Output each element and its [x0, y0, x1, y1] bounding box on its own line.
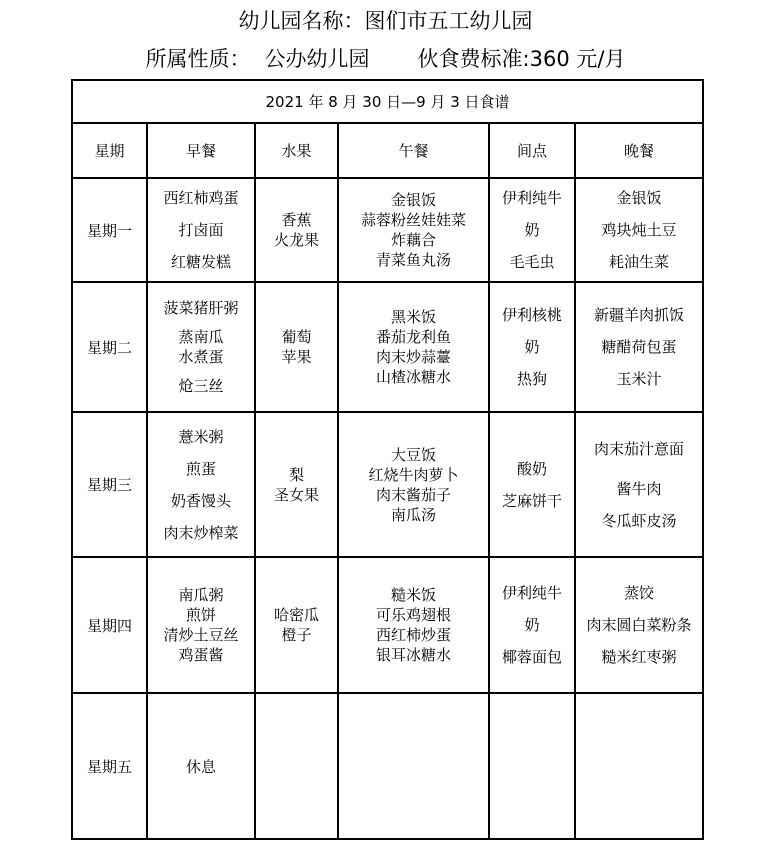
dish: 耗油生菜: [576, 246, 702, 278]
lunch-cell: 金银饭 蒜蓉粉丝娃娃菜 炸藕合 青菜鱼丸汤: [338, 178, 489, 282]
breakfast-cell: 南瓜粥 煎饼 清炒土豆丝 鸡蛋酱: [147, 557, 255, 693]
dish: 肉末炒蒜薹: [339, 347, 488, 367]
snack-cell: 酸奶 芝麻饼干: [489, 412, 575, 557]
snack: 酸奶: [490, 453, 574, 485]
dish: 菠菜猪肝粥: [148, 295, 254, 321]
snack: 伊利核桃: [490, 299, 574, 331]
dish: 糖醋荷包蛋: [576, 331, 702, 363]
snack-cell: 伊利核桃 奶 热狗: [489, 282, 575, 412]
day-cell: 星期四: [72, 557, 147, 693]
snack-cell: [489, 693, 575, 839]
day-cell: 星期二: [72, 282, 147, 412]
dish: 肉末酱茄子: [339, 485, 488, 505]
dish: 肉末茄汁意面: [576, 433, 702, 465]
table-row: 星期五 休息: [72, 693, 703, 839]
dish: 南瓜汤: [339, 505, 488, 525]
snack-cell: 伊利纯牛 奶 椰蓉面包: [489, 557, 575, 693]
dish: 西红柿炒蛋: [339, 625, 488, 645]
dish: 南瓜粥: [148, 585, 254, 605]
table-row: 星期三 薏米粥 煎蛋 奶香馒头 肉末炒榨菜 梨 圣女果 大豆饭 红烧牛肉萝卜 肉…: [72, 412, 703, 557]
column-header-lunch: 午餐: [338, 123, 489, 178]
lunch-cell: 黑米饭 番茄龙利鱼 肉末炒蒜薹 山楂冰糖水: [338, 282, 489, 412]
fruit: 火龙果: [256, 230, 337, 250]
snack-cell: 伊利纯牛 奶 毛毛虫: [489, 178, 575, 282]
dish: 银耳冰糖水: [339, 645, 488, 665]
dinner-cell: 蒸饺 肉末圆白菜粉条 糙米红枣粥: [575, 557, 703, 693]
dish: 糙米红枣粥: [576, 641, 702, 673]
snack: 奶: [490, 214, 574, 246]
dish: 清炒土豆丝: [148, 625, 254, 645]
lunch-cell: 糙米饭 可乐鸡翅根 西红柿炒蛋 银耳冰糖水: [338, 557, 489, 693]
dish: 大豆饭: [339, 445, 488, 465]
menu-date-range: 2021 年 8 月 30 日—9 月 3 日食谱: [72, 80, 703, 123]
snack: 伊利纯牛: [490, 577, 574, 609]
dish: 炝三丝: [148, 373, 254, 399]
column-header-day: 星期: [72, 123, 147, 178]
dish: 青菜鱼丸汤: [339, 250, 488, 270]
dish: 鸡蛋酱: [148, 645, 254, 665]
dish: 金银饭: [339, 190, 488, 210]
column-header-dinner: 晚餐: [575, 123, 703, 178]
lunch-cell: 大豆饭 红烧牛肉萝卜 肉末酱茄子 南瓜汤: [338, 412, 489, 557]
dish: 水煮蛋: [148, 347, 254, 367]
kindergarten-name: 幼儿园名称：图们市五工幼儿园: [0, 6, 771, 36]
fruit: 苹果: [256, 347, 337, 367]
fruit-cell: 葡萄 苹果: [255, 282, 338, 412]
dish: 蒸南瓜: [148, 327, 254, 347]
column-header-breakfast: 早餐: [147, 123, 255, 178]
snack: 毛毛虫: [490, 246, 574, 278]
breakfast-cell: 西红柿鸡蛋 打卤面 红糖发糕: [147, 178, 255, 282]
nature-value: 公办幼儿园: [265, 47, 370, 71]
fruit-cell: [255, 693, 338, 839]
snack: 芝麻饼干: [490, 485, 574, 517]
fruit: 橙子: [256, 625, 337, 645]
dish: 西红柿鸡蛋: [148, 182, 254, 214]
dish: 煎蛋: [148, 453, 254, 485]
dinner-cell: 肉末茄汁意面 酱牛肉 冬瓜虾皮汤: [575, 412, 703, 557]
snack: 奶: [490, 609, 574, 641]
dish: 肉末圆白菜粉条: [576, 609, 702, 641]
day-cell: 星期一: [72, 178, 147, 282]
fruit-cell: 香蕉 火龙果: [255, 178, 338, 282]
dish: 蒸饺: [576, 577, 702, 609]
dish: 蒜蓉粉丝娃娃菜: [339, 210, 488, 230]
fruit-cell: 哈密瓜 橙子: [255, 557, 338, 693]
table-row: 星期一 西红柿鸡蛋 打卤面 红糖发糕 香蕉 火龙果 金银饭 蒜蓉粉丝娃娃菜 炸藕…: [72, 178, 703, 282]
day-cell: 星期五: [72, 693, 147, 839]
kindergarten-info: 所属性质：公办幼儿园伙食费标准:360 元/月: [0, 44, 771, 74]
dish: 可乐鸡翅根: [339, 605, 488, 625]
column-header-fruit: 水果: [255, 123, 338, 178]
table-row: 星期四 南瓜粥 煎饼 清炒土豆丝 鸡蛋酱 哈密瓜 橙子 糙米饭 可乐鸡翅根 西红…: [72, 557, 703, 693]
column-header-snack: 间点: [489, 123, 575, 178]
fruit-cell: 梨 圣女果: [255, 412, 338, 557]
dish: 肉末炒榨菜: [148, 517, 254, 549]
fruit: 圣女果: [256, 485, 337, 505]
dish: 山楂冰糖水: [339, 367, 488, 387]
dish: 冬瓜虾皮汤: [576, 505, 702, 537]
dish: 薏米粥: [148, 421, 254, 453]
snack: 椰蓉面包: [490, 641, 574, 673]
snack: 伊利纯牛: [490, 182, 574, 214]
weekly-menu-table: 2021 年 8 月 30 日—9 月 3 日食谱 星期 早餐 水果 午餐 间点…: [71, 79, 704, 840]
dish: 糙米饭: [339, 585, 488, 605]
table-caption-row: 2021 年 8 月 30 日—9 月 3 日食谱: [72, 80, 703, 123]
fruit: 葡萄: [256, 327, 337, 347]
dish: 红糖发糕: [148, 246, 254, 278]
fruit: 香蕉: [256, 210, 337, 230]
table-header-row: 星期 早餐 水果 午餐 间点 晚餐: [72, 123, 703, 178]
dish: 打卤面: [148, 214, 254, 246]
snack: 奶: [490, 331, 574, 363]
table-row: 星期二 菠菜猪肝粥 蒸南瓜 水煮蛋 炝三丝 葡萄 苹果 黑米饭 番茄龙利鱼 肉末…: [72, 282, 703, 412]
dish: 玉米汁: [576, 363, 702, 395]
dish: 金银饭: [576, 182, 702, 214]
dish: 煎饼: [148, 605, 254, 625]
dish: 酱牛肉: [576, 473, 702, 505]
dish: 休息: [148, 756, 254, 777]
dish: 鸡块炖土豆: [576, 214, 702, 246]
fruit: 梨: [256, 465, 337, 485]
dish: 黑米饭: [339, 307, 488, 327]
dish: 新疆羊肉抓饭: [576, 299, 702, 331]
breakfast-cell: 菠菜猪肝粥 蒸南瓜 水煮蛋 炝三丝: [147, 282, 255, 412]
meal-fee-standard: 伙食费标准:360 元/月: [418, 47, 626, 71]
dinner-cell: 金银饭 鸡块炖土豆 耗油生菜: [575, 178, 703, 282]
dinner-cell: [575, 693, 703, 839]
nature-label: 所属性质：: [146, 47, 251, 71]
breakfast-cell: 薏米粥 煎蛋 奶香馒头 肉末炒榨菜: [147, 412, 255, 557]
lunch-cell: [338, 693, 489, 839]
dish: 红烧牛肉萝卜: [339, 465, 488, 485]
dish: 奶香馒头: [148, 485, 254, 517]
snack: 热狗: [490, 363, 574, 395]
dish: 炸藕合: [339, 230, 488, 250]
fruit: 哈密瓜: [256, 605, 337, 625]
dish: 番茄龙利鱼: [339, 327, 488, 347]
breakfast-cell: 休息: [147, 693, 255, 839]
dinner-cell: 新疆羊肉抓饭 糖醋荷包蛋 玉米汁: [575, 282, 703, 412]
day-cell: 星期三: [72, 412, 147, 557]
